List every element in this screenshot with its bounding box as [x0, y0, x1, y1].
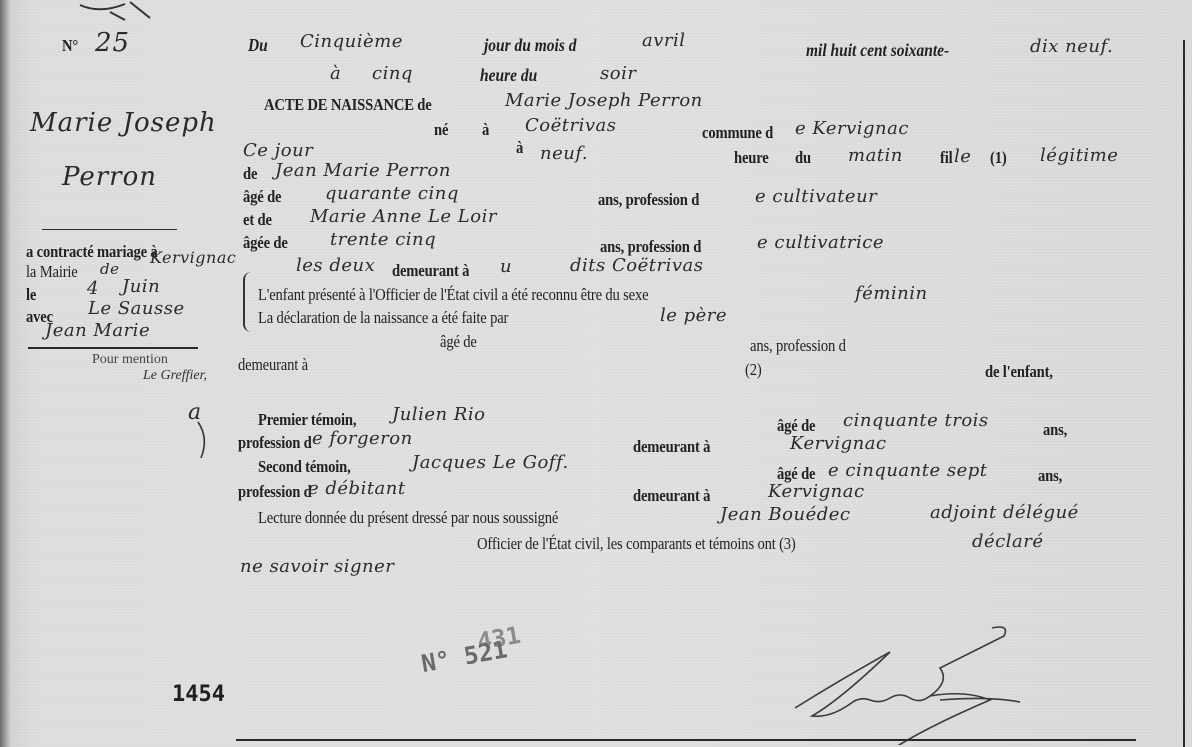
- child-sex-label: L'enfant présenté à l'Officier de l'État…: [258, 285, 648, 305]
- witness2-demeurant-label: demeurant à: [633, 486, 710, 506]
- margin-pour-mention: Pour mention: [92, 352, 168, 368]
- fil-suffix: le: [954, 146, 971, 167]
- birth-a-label: à: [516, 138, 523, 158]
- witness2-residence: Kervignac: [768, 481, 865, 502]
- witness1-ans: ans,: [1043, 420, 1067, 440]
- fil-label: fil: [940, 148, 952, 168]
- officer-name: Jean Bouédec: [720, 504, 850, 525]
- margin-divider: [42, 229, 177, 230]
- father-name: Jean Marie Perron: [275, 160, 451, 181]
- archive-number-overlay-stamp: 431: [475, 621, 523, 656]
- declarant-profession-label: ans, profession d: [750, 336, 846, 356]
- margin-hook-icon: [195, 420, 215, 460]
- number-label: N°: [62, 36, 78, 56]
- witness2-profession-label: profession d: [238, 482, 312, 502]
- birth-heure-label: heure: [734, 148, 769, 168]
- officer-title: adjoint délégué: [930, 502, 1079, 523]
- father-de-label: de: [243, 164, 257, 184]
- margin-mairie-de: de: [100, 260, 119, 278]
- witness1-age: cinquante trois: [843, 410, 989, 431]
- du-label: Du: [248, 35, 268, 56]
- father-profession: e cultivateur: [755, 186, 877, 207]
- binding-edge: [0, 0, 10, 747]
- de-lenfant-label: de l'enfant,: [985, 362, 1053, 382]
- birth-du-label: du: [795, 148, 811, 168]
- acte-title: ACTE DE NAISSANCE de: [264, 95, 432, 115]
- record-number: 25: [95, 28, 130, 58]
- commune-value: e Kervignac: [795, 118, 909, 139]
- residence-label: demeurant à: [392, 261, 469, 281]
- witness1-name: Julien Rio: [392, 404, 485, 425]
- mother-name: Marie Anne Le Loir: [310, 206, 497, 227]
- residence-who: les deux: [296, 255, 375, 276]
- note2-marker: (2): [745, 360, 762, 380]
- right-margin-rule: [1183, 40, 1185, 747]
- period-value: soir: [600, 63, 636, 84]
- father-profession-label: ans, profession d: [598, 190, 699, 210]
- declaration-value: le père: [660, 305, 727, 326]
- register-number-stamp: 1454: [172, 682, 225, 707]
- witness2-name: Jacques Le Goff.: [412, 452, 569, 473]
- mother-age: trente cinq: [330, 229, 436, 250]
- witness1-profession-label: profession d: [238, 433, 312, 453]
- day-value: Cinquième: [300, 31, 403, 52]
- ne-a-label: à: [482, 120, 489, 140]
- cannot-sign-value: ne savoir signer: [240, 556, 394, 577]
- child-name: Marie Joseph Perron: [505, 90, 703, 111]
- witness2-age: e cinquante sept: [828, 460, 988, 481]
- margin-commune: Kervignac: [150, 248, 236, 267]
- declarant-age-label: âgé de: [440, 332, 477, 352]
- officer-signature-icon: [780, 600, 1080, 745]
- witness2-label: Second témoin,: [258, 457, 351, 477]
- declarant-demeurant-label: demeurant à: [238, 355, 308, 375]
- mother-et-de-label: et de: [243, 210, 272, 230]
- margin-spouse-first-names: Jean Marie: [45, 320, 150, 341]
- witness1-residence: Kervignac: [790, 433, 887, 454]
- birthplace-value: Coëtrivas: [525, 115, 617, 136]
- father-age-label: âgé de: [243, 187, 281, 207]
- legitimacy-value: légitime: [1040, 145, 1118, 166]
- year-label: mil huit cent soixante-: [806, 40, 949, 61]
- mother-age-label: âgée de: [243, 233, 288, 253]
- residence-suffix: u: [500, 256, 512, 277]
- hour-value: cinq: [372, 63, 413, 84]
- mother-profession: e cultivatrice: [757, 232, 884, 253]
- mother-profession-label: ans, profession d: [600, 237, 701, 257]
- margin-first-names: Marie Joseph: [30, 108, 217, 138]
- a-label: à: [330, 63, 341, 84]
- margin-underline: [28, 347, 198, 349]
- declaration-label: La déclaration de la naissance a été fai…: [258, 308, 508, 328]
- year-suffix-value: dix neuf.: [1030, 36, 1113, 57]
- heure-du-label: heure du: [480, 65, 537, 86]
- declared-value: déclaré: [972, 531, 1044, 552]
- note1-marker: (1): [990, 148, 1007, 168]
- month-value: avril: [642, 30, 686, 51]
- margin-le: le: [26, 285, 36, 305]
- ce-jour-value: Ce jour: [243, 140, 313, 161]
- margin-brace: [243, 272, 253, 332]
- ne-label: né: [434, 120, 448, 140]
- reading-line1: Lecture donnée du présent dressé par nou…: [258, 508, 558, 528]
- witness1-demeurant-label: demeurant à: [633, 437, 710, 457]
- witness2-ans: ans,: [1038, 466, 1062, 486]
- witness2-profession: e débitant: [308, 478, 406, 499]
- witness1-profession: e forgeron: [312, 428, 413, 449]
- margin-date-day: 4: [87, 278, 99, 299]
- residence-place: dits Coëtrivas: [570, 255, 703, 276]
- margin-surname: Perron: [62, 162, 157, 192]
- top-scribble-icon: [70, 0, 170, 24]
- register-page: N° 25 Du Cinquième jour du mois d avril …: [0, 0, 1192, 747]
- jour-du-mois-label: jour du mois d: [484, 35, 576, 56]
- margin-date-month: Juin: [122, 276, 160, 297]
- birth-period-value: matin: [848, 145, 903, 166]
- father-age: quarante cinq: [325, 183, 459, 204]
- child-sex-value: féminin: [855, 283, 928, 304]
- margin-mairie: la Mairie: [26, 262, 78, 282]
- margin-spouse-surname: Le Sausse: [88, 298, 185, 319]
- reading-line2: Officier de l'État civil, les comparants…: [477, 534, 796, 554]
- margin-greffier: Le Greffier,: [143, 368, 207, 384]
- margin-contracted: a contracté mariage à: [26, 242, 158, 262]
- bottom-rule: [236, 739, 1136, 741]
- witness1-label: Premier témoin,: [258, 410, 356, 430]
- birth-hour-value: neuf.: [540, 143, 588, 164]
- commune-label: commune d: [702, 123, 773, 143]
